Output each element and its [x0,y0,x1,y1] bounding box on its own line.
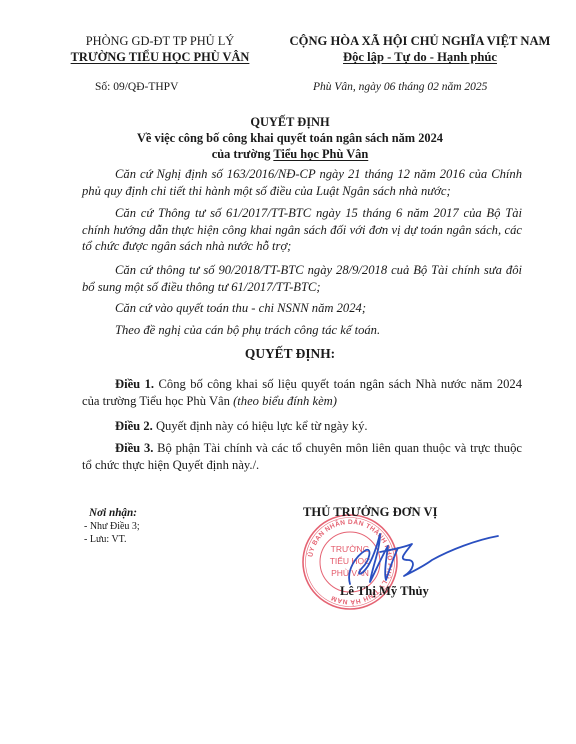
national-header-block: CỘNG HÒA XÃ HỘI CHỦ NGHĨA VIỆT NAM Độc l… [275,33,565,65]
legal-basis-2: Căn cứ Thông tư số 61/2017/TT-BTC ngày 1… [82,205,522,255]
recipient-item: - Lưu: VT. [84,533,140,546]
signer-title: THỦ TRƯỞNG ĐƠN VỊ [303,505,437,520]
department-name: PHÒNG GD-ĐT TP PHỦ LÝ [50,33,270,49]
legal-basis-1: Căn cứ Nghị định số 163/2016/NĐ-CP ngày … [82,166,522,199]
nation-name: CỘNG HÒA XÃ HỘI CHỦ NGHĨA VIỆT NAM [275,33,565,49]
legal-basis-5: Theo đề nghị của cán bộ phụ trách công t… [82,322,522,339]
issuing-agency-block: PHÒNG GD-ĐT TP PHỦ LÝ TRƯỜNG TIỂU HỌC PH… [50,33,270,65]
decision-heading: QUYẾT ĐỊNH: [60,346,520,362]
signer-name: Lê Thị Mỹ Thủy [340,584,429,599]
document-title: QUYẾT ĐỊNH Về việc công bố công khai quy… [60,114,520,162]
document-subject-school: của trường Tiểu học Phù Vân [60,146,520,162]
document-subject: Về việc công bố công khai quyết toán ngâ… [60,130,520,146]
national-motto: Độc lập - Tự do - Hạnh phúc [275,49,565,65]
document-type: QUYẾT ĐỊNH [60,114,520,130]
article-2: Điều 2. Quyết định này có hiệu lực kể từ… [82,418,522,435]
place-and-date: Phù Vân, ngày 06 tháng 02 năm 2025 [313,81,487,93]
recipients-block: Nơi nhận: - Như Điều 3; - Lưu: VT. [84,507,140,546]
recipients-label: Nơi nhận: [89,507,140,520]
article-3: Điều 3. Bộ phận Tài chính và các tổ chuy… [82,440,522,473]
legal-basis-3: Căn cứ thông tư số 90/2018/TT-BTC ngày 2… [82,262,522,295]
school-name: TRƯỜNG TIỂU HỌC PHÙ VÂN [50,49,270,65]
document-number: Số: 09/QĐ-THPV [95,81,178,93]
article-1: Điều 1. Công bố công khai số liệu quyết … [82,376,522,409]
recipient-item: - Như Điều 3; [84,520,140,533]
legal-basis-4: Căn cứ vào quyết toán thu - chi NSNN năm… [82,300,522,317]
